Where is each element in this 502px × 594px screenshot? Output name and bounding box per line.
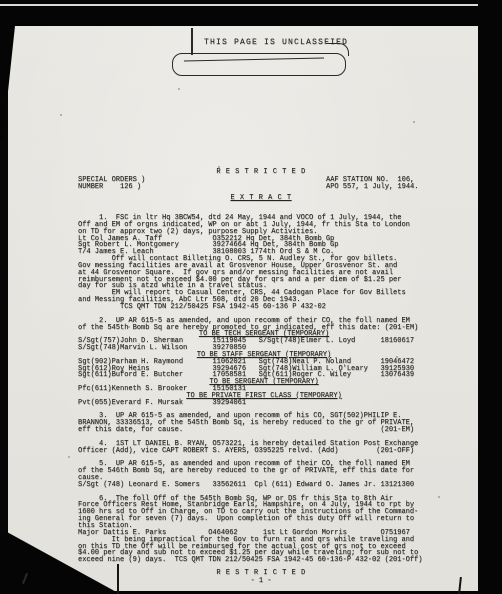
- orders-number: NUMBER 126 ): [78, 183, 141, 191]
- text-line: Officer (Add), vice CAPT ROBERT S. AYERS…: [78, 448, 450, 455]
- text-line: S/Sgt (748) Leonard E. Somers 33562611 C…: [78, 482, 450, 489]
- text-line: exceed nine (9) days. TCS QMT TDN 212/50…: [78, 557, 450, 564]
- classification-header: R E S T R I C T E D: [78, 168, 444, 176]
- text-line: TCS QMT TDN 212/50425 FSA 1942-45 60-136…: [78, 304, 450, 311]
- stamp-tick-mark: [191, 28, 193, 55]
- classification-footer: R E S T R I C T E D: [78, 569, 444, 577]
- page-number: - 1 -: [78, 577, 444, 585]
- text-line: of the 546th Bomb Sq, are hereby reduced…: [78, 468, 450, 475]
- text-line: ing General for seven (7) days. Upon com…: [78, 516, 450, 523]
- scan-border-right: [478, 0, 502, 594]
- apo-date-line: APO 557, 1 July, 1944.: [326, 183, 418, 191]
- scanned-document-screenshot: { "colors": { "paper": "#e8e6e1", "ink":…: [0, 0, 502, 594]
- scan-line-artifact-left: [117, 564, 119, 594]
- text-line: Pvt(055)Everard F. Mursak 39294061: [78, 400, 450, 407]
- document-page: THIS PAGE IS UNCLASSFIED R E S T R I C T…: [8, 26, 478, 594]
- scan-border-top: [0, 0, 502, 26]
- body-lines: 1. FSC in ltr Hq 3BCW54, dtd 24 May, 194…: [78, 215, 450, 564]
- stamp-outline-box: [172, 53, 346, 76]
- extract-heading: E X T R A C T: [78, 194, 444, 202]
- text-line: eff this date, for cause. (201-EM): [78, 427, 450, 434]
- scan-border-top-line: [0, 4, 502, 6]
- stamp-corner-hook: [326, 43, 349, 56]
